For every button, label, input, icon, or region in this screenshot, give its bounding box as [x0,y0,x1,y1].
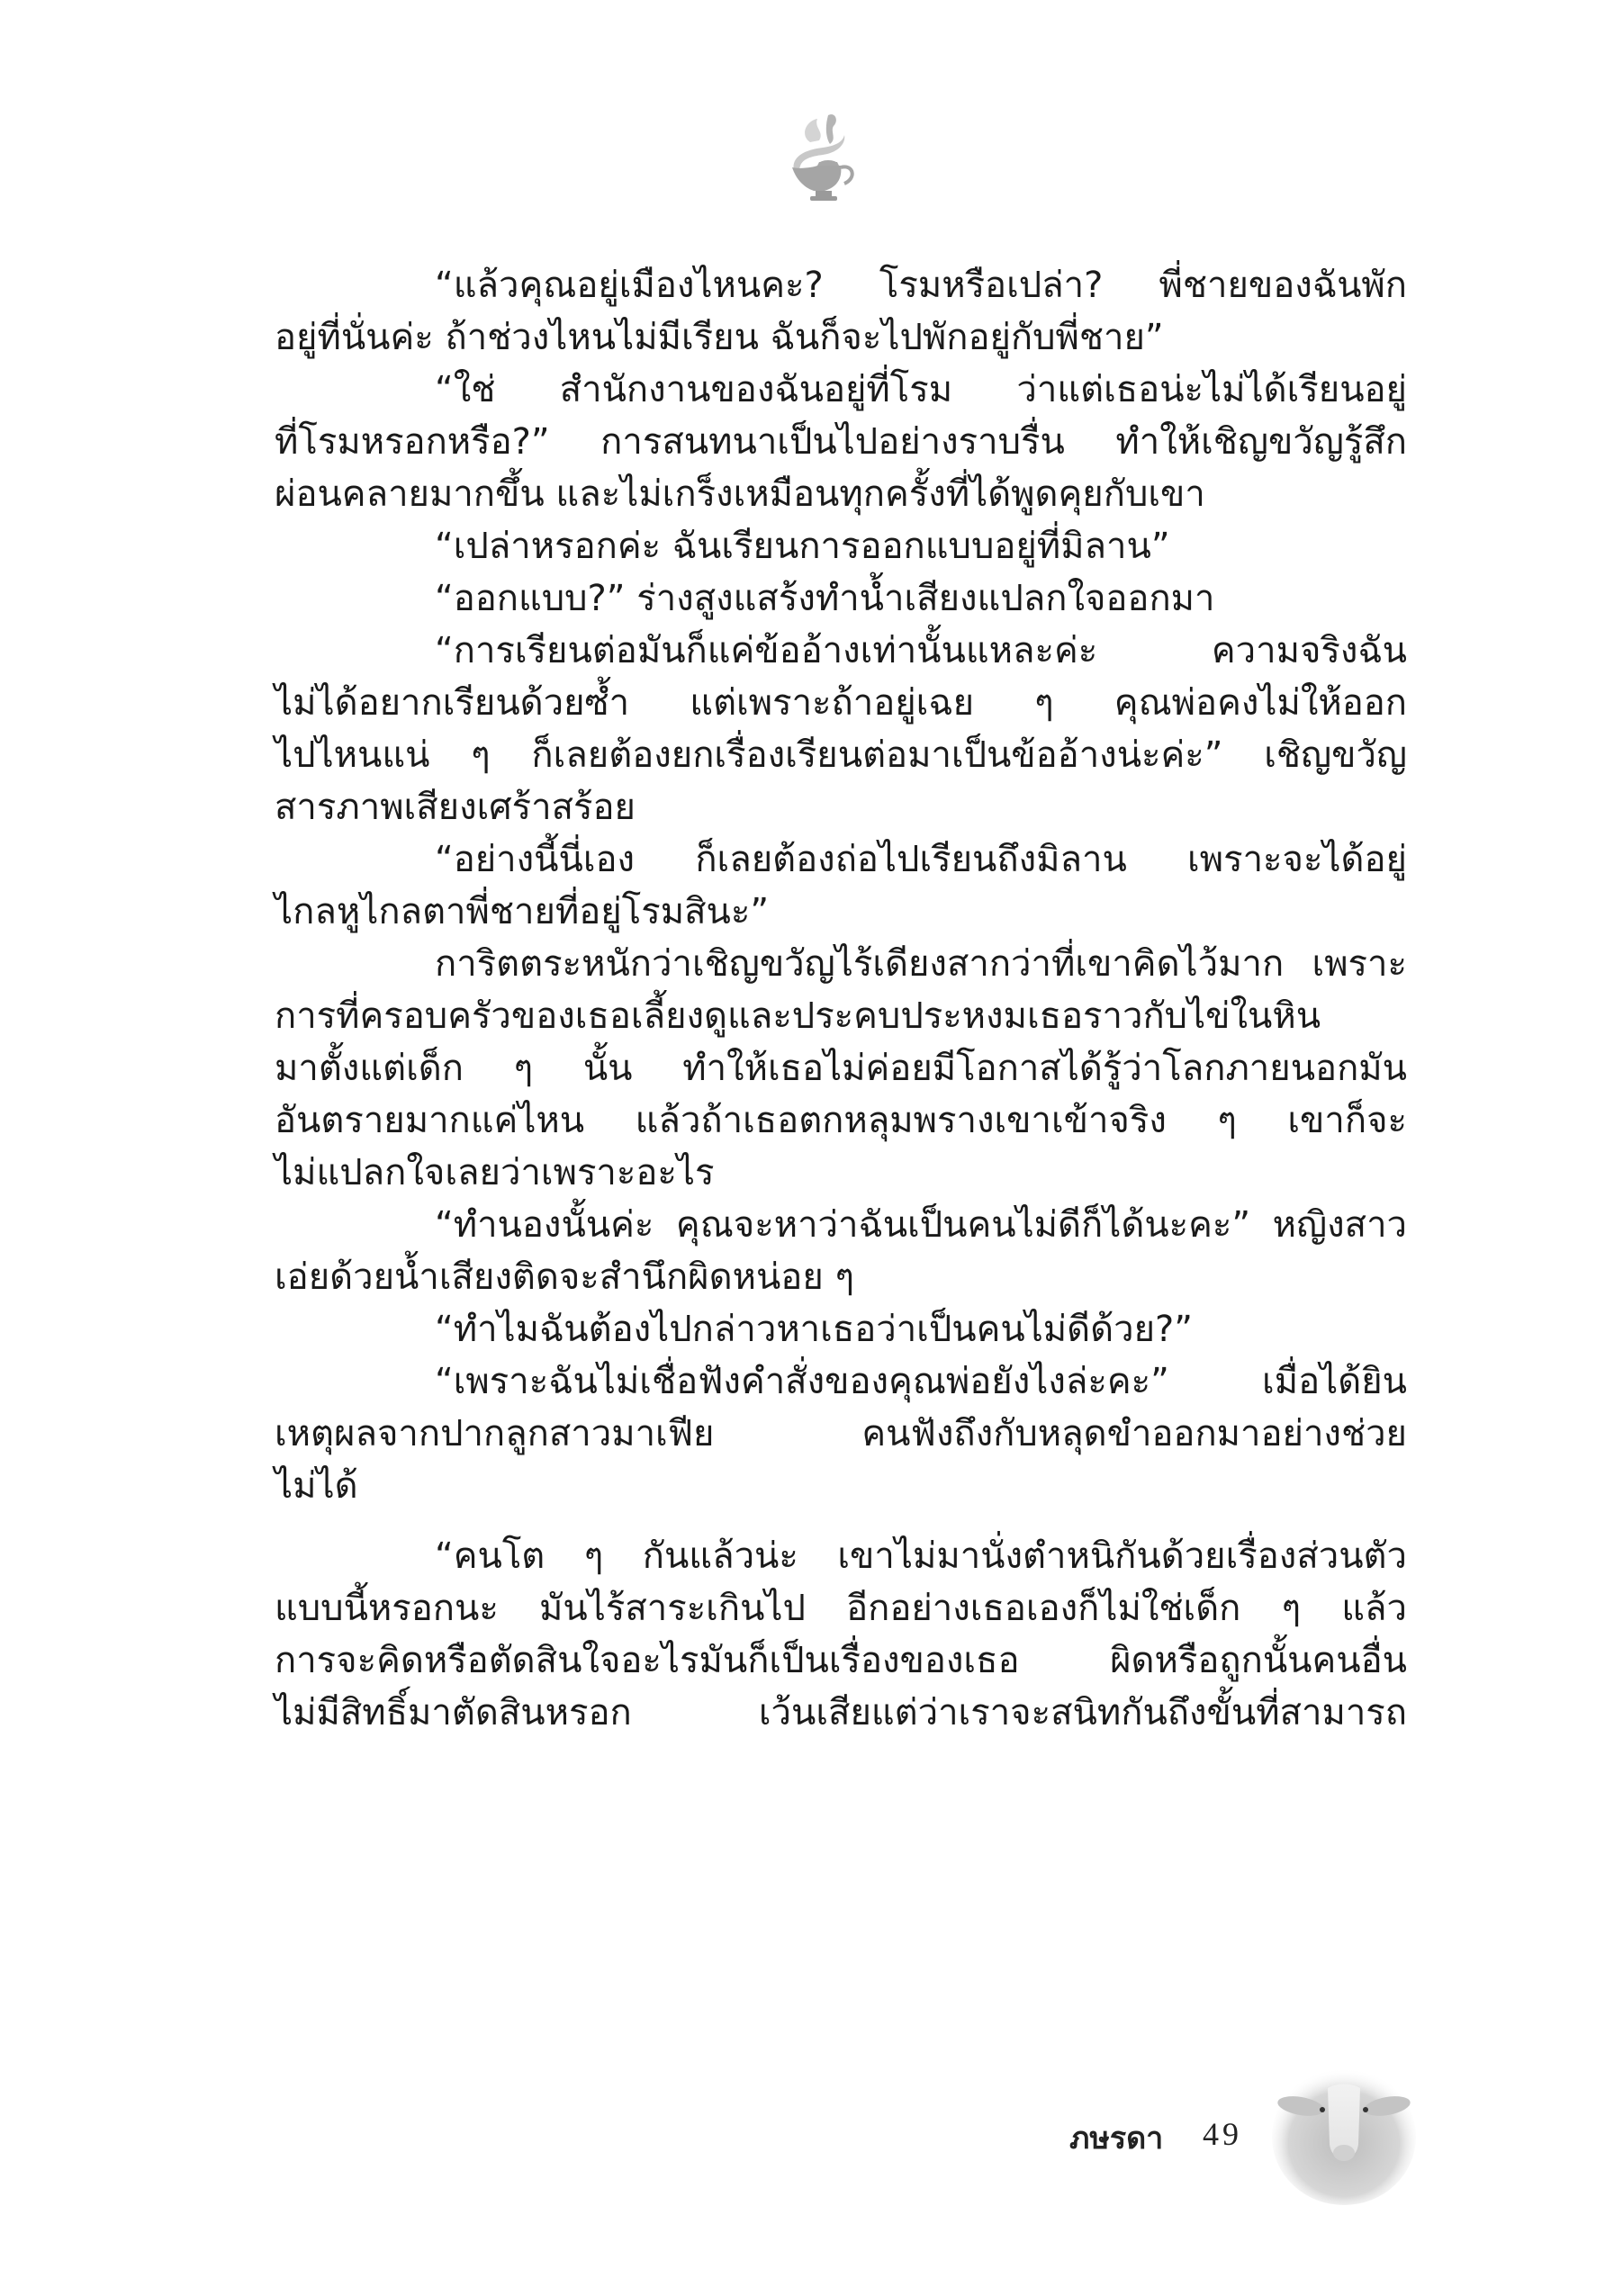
text-line: ไปไหนแน่ ๆ ก็เลยต้องยกเรื่องเรียนต่อมาเป… [275,729,1407,781]
text-line: อยู่ที่นั่นค่ะ ถ้าช่วงไหนไม่มีเรียน ฉันก… [275,311,1407,364]
genie-lamp-icon [772,108,871,207]
text-line: ไกลหูไกลตาพี่ชายที่อยู่โรมสินะ” [275,886,1407,938]
text-line: มาตั้งแต่เด็ก ๆ นั้น ทำให้เธอไม่ค่อยมีโอ… [275,1042,1407,1094]
text-line: “เพราะฉันไม่เชื่อฟังคำสั่งของคุณพ่อยังไง… [275,1355,1407,1408]
text-line: “เปล่าหรอกค่ะ ฉันเรียนการออกแบบอยู่ที่มิ… [275,520,1407,572]
text-line: “ทำไมฉันต้องไปกล่าวหาเธอว่าเป็นคนไม่ดีด้… [275,1303,1407,1355]
text-line: การจะคิดหรือตัดสินใจอะไรมันก็เป็นเรื่องข… [275,1634,1407,1687]
text-line: การที่ครอบครัวของเธอเลี้ยงดูและประคบประห… [275,990,1407,1042]
text-line: อันตรายมากแค่ไหน แล้วถ้าเธอตกหลุมพรางเขา… [275,1094,1407,1147]
body-text: “แล้วคุณอยู่เมืองไหนคะ? โรมหรือเปล่า? พี… [275,259,1407,1739]
text-line: “ทำนองนั้นค่ะ คุณจะหาว่าฉันเป็นคนไม่ดีก็… [275,1199,1407,1251]
text-line: “ออกแบบ?” ร่างสูงแสร้งทำน้ำเสียงแปลกใจออ… [275,572,1407,625]
text-line: สารภาพเสียงเศร้าสร้อย [275,781,1407,833]
text-line: ไม่แปลกใจเลยว่าเพราะอะไร [275,1147,1407,1199]
text-line: “แล้วคุณอยู่เมืองไหนคะ? โรมหรือเปล่า? พี… [275,259,1407,311]
text-line: “การเรียนต่อมันก็แค่ข้ออ้างเท่านั้นแหละค… [275,625,1407,677]
text-line: ผ่อนคลายมากขึ้น และไม่เกร็งเหมือนทุกครั้… [275,468,1407,520]
running-footer-title: ภษรดา [1069,2113,1163,2162]
text-line: แบบนี้หรอกนะ มันไร้สาระเกินไป อีกอย่างเธ… [275,1582,1407,1634]
text-line: เอ่ยด้วยน้ำเสียงติดจะสำนึกผิดหน่อย ๆ [275,1251,1407,1303]
text-line: “คนโต ๆ กันแล้วน่ะ เขาไม่มานั่งตำหนิกันด… [275,1530,1407,1582]
text-line: “อย่างนี้นี่เอง ก็เลยต้องถ่อไปเรียนถึงมิ… [275,833,1407,886]
text-line: ไม่ได้ [275,1460,1407,1512]
text-line: ไม่ได้อยากเรียนด้วยซ้ำ แต่เพราะถ้าอยู่เฉ… [275,677,1407,729]
text-line: ไม่มีสิทธิ์มาตัดสินหรอก เว้นเสียแต่ว่าเร… [275,1687,1407,1739]
page-number: 49 [1203,2115,1242,2153]
text-line: ที่โรมหรอกหรือ?” การสนทนาเป็นไปอย่างราบร… [275,416,1407,468]
text-line: “ใช่ สำนักงานของฉันอยู่ที่โรม ว่าแต่เธอน… [275,364,1407,416]
text-line: การิตตระหนักว่าเชิญขวัญไร้เดียงสากว่าที่… [275,938,1407,990]
text-line: เหตุผลจากปากลูกสาวมาเฟีย คนฟังถึงกับหลุด… [275,1408,1407,1460]
sheep-head-icon [1265,2063,1422,2207]
